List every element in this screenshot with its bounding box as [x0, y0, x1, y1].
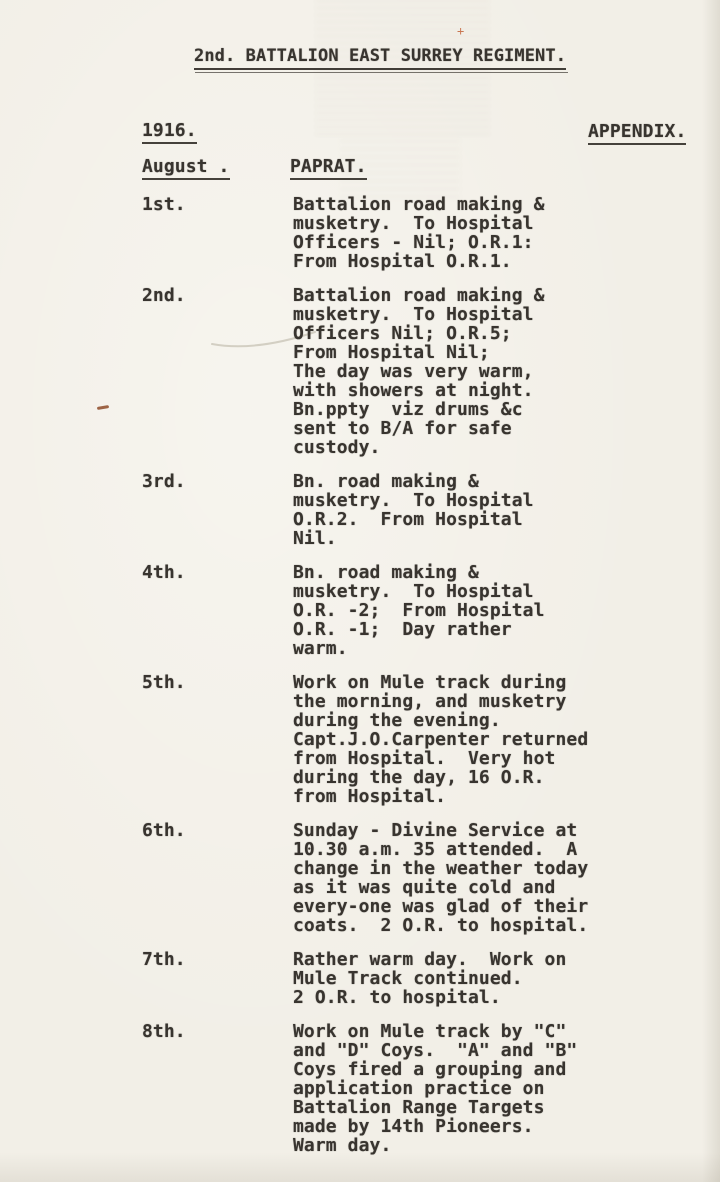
diary-entry-8th: 8th. Work on Mule track by "C" and "D" C… [142, 1022, 702, 1155]
entry-text: Battalion road making & musketry. To Hos… [293, 286, 702, 457]
diary-entry-2nd: 2nd. Battalion road making & musketry. T… [142, 286, 702, 457]
ink-bleed-ghost [315, 0, 490, 140]
month-label: August . [142, 157, 230, 180]
entry-text: Battalion road making & musketry. To Hos… [293, 195, 702, 271]
entry-text: Bn. road making & musketry. To Hospital … [293, 563, 702, 658]
entry-date: 4th. [142, 563, 186, 582]
diary-entry-7th: 7th. Rather warm day. Work on Mule Track… [142, 950, 702, 1007]
diary-entry-3rd: 3rd. Bn. road making & musketry. To Hosp… [142, 472, 702, 548]
entry-text: Rather warm day. Work on Mule Track cont… [293, 950, 702, 1007]
entry-text: Sunday - Divine Service at 10.30 a.m. 35… [293, 821, 702, 935]
entry-date: 7th. [142, 950, 186, 969]
diary-entries: 1st. Battalion road making & musketry. T… [142, 195, 702, 1170]
entry-date: 5th. [142, 673, 186, 692]
document-title: 2nd. BATTALION EAST SURREY REGIMENT. [194, 46, 566, 70]
red-plus-mark: + [457, 25, 464, 37]
diary-entry-4th: 4th. Bn. road making & musketry. To Hosp… [142, 563, 702, 658]
entry-text: Work on Mule track by "C" and "D" Coys. … [293, 1022, 702, 1155]
entry-text: Bn. road making & musketry. To Hospital … [293, 472, 702, 548]
document-page: 2nd. BATTALION EAST SURREY REGIMENT. + 1… [0, 0, 720, 1182]
appendix-label: APPENDIX. [588, 122, 686, 145]
entry-date: 6th. [142, 821, 186, 840]
entry-text: Work on Mule track during the morning, a… [293, 673, 702, 806]
entry-date: 3rd. [142, 472, 186, 491]
diary-entry-5th: 5th. Work on Mule track during the morni… [142, 673, 702, 806]
column-header-paprat: PAPRAT. [290, 157, 367, 180]
entry-date: 1st. [142, 195, 186, 214]
entry-date: 8th. [142, 1022, 186, 1041]
diary-entry-1st: 1st. Battalion road making & musketry. T… [142, 195, 702, 271]
diary-entry-6th: 6th. Sunday - Divine Service at 10.30 a.… [142, 821, 702, 935]
year-label: 1916. [142, 121, 197, 144]
red-dash-mark [97, 405, 109, 410]
entry-date: 2nd. [142, 286, 186, 305]
